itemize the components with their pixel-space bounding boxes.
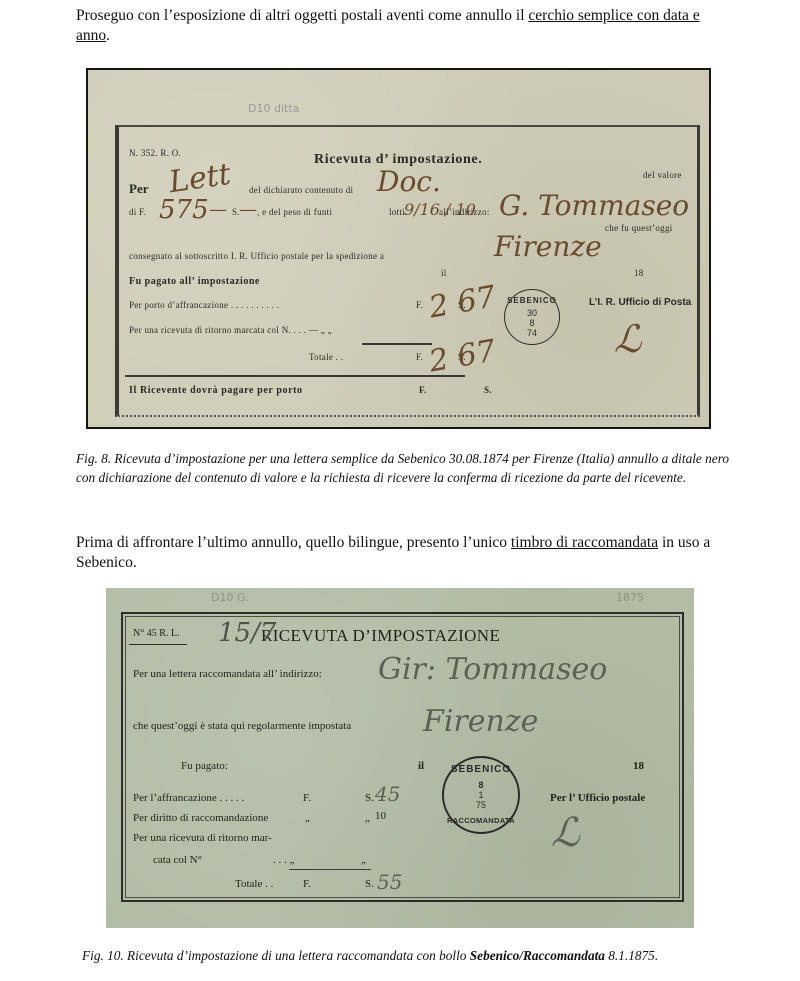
postmark-month: 1 bbox=[444, 790, 518, 800]
bridge-underlined-term: timbro di raccomandata bbox=[511, 534, 658, 551]
sum-line bbox=[362, 343, 432, 345]
label-il: il bbox=[418, 760, 424, 772]
figure-8-receipt-image: D10 ditta N. 352. R. O. Ricevuta d’ impo… bbox=[86, 68, 711, 429]
label-ricevente-f: F. bbox=[419, 385, 427, 395]
postmark-year: 75 bbox=[444, 800, 518, 810]
handwritten-city: Firenze bbox=[423, 704, 538, 739]
label-dichiarato: del dichiarato contenuto di bbox=[249, 185, 353, 195]
label-per: Per bbox=[129, 181, 148, 197]
handwritten-signature: ℒ bbox=[614, 317, 641, 361]
label-di-f: di F. bbox=[129, 207, 146, 217]
label-affr-f: F. bbox=[303, 792, 311, 804]
intro-paragraph: Proseguo con l’esposizione di altri ogge… bbox=[76, 6, 736, 46]
postmark-month: 8 bbox=[505, 318, 559, 328]
label-ricevente-s: S. bbox=[484, 385, 492, 395]
label-lotti: lotti bbox=[389, 207, 405, 217]
label-ricevuta-q3: „ bbox=[361, 854, 366, 866]
label-diritto: Per diritto di raccomandazione bbox=[133, 812, 268, 824]
label-18: 18 bbox=[633, 760, 644, 772]
label-ricevuta-dots: . . . „ bbox=[273, 854, 294, 866]
label-ricevente: Il Ricevente dovrà pagare per porto bbox=[129, 385, 303, 396]
handwritten-dash-2: — bbox=[239, 199, 257, 220]
figure-10-receipt-image: D10 G. 1875 N° 45 R. L. RICEVUTA D’IMPOS… bbox=[106, 588, 694, 928]
postmark-year: 74 bbox=[505, 328, 559, 338]
label-il: il bbox=[441, 268, 447, 278]
label-porto-f: F. bbox=[416, 300, 423, 310]
label-fu-pagato: Fu pagato: bbox=[181, 760, 228, 772]
bridge-text: Prima di affrontare l’ultimo annullo, qu… bbox=[76, 534, 511, 551]
label-lettera: Per una lettera raccomandata all’ indiri… bbox=[133, 668, 322, 680]
postmark-town: SEBENICO bbox=[505, 296, 559, 305]
pencil-note-left: D10 G. bbox=[211, 591, 249, 604]
label-ufficio-postale: Per l’ Ufficio postale bbox=[550, 792, 645, 804]
label-affrancazione: Per l’affrancazione . . . . . bbox=[133, 792, 244, 804]
label-che-fu: che fu quest’oggi bbox=[605, 223, 673, 233]
postmark-bottom-text: RACCOMANDATA bbox=[444, 816, 518, 825]
handwritten-number: 15/7 bbox=[218, 618, 276, 648]
label-peso: , e del peso di funti bbox=[257, 207, 332, 217]
caption-bold-postmark: Sebenico/Raccomandata bbox=[470, 948, 605, 963]
form-number-underline bbox=[129, 644, 187, 645]
label-ufficio-posta: L’I. R. Ufficio di Posta bbox=[589, 297, 691, 308]
label-affr-s: S. bbox=[365, 792, 374, 804]
sum-line bbox=[289, 869, 371, 870]
postmark-day: 8 bbox=[444, 780, 518, 790]
divider-line bbox=[125, 375, 465, 377]
label-ricevuta-ritorno: Per una ricevuta di ritorno marcata col … bbox=[129, 325, 332, 335]
handwritten-575: 575 bbox=[159, 195, 209, 225]
label-quest-oggi: che quest’oggi è stata qui regolarmente … bbox=[133, 720, 351, 732]
form-number: N° 45 R. L. bbox=[133, 628, 180, 639]
label-totale-f: F. bbox=[303, 878, 311, 890]
figure-8-caption: Fig. 8. Ricevuta d’impostazione per una … bbox=[76, 449, 736, 487]
handwritten-affrancazione-value: 45 bbox=[375, 782, 400, 806]
pencil-note-right: 1875 bbox=[616, 591, 644, 604]
receipt-form-frame: N° 45 R. L. RICEVUTA D’IMPOSTAZIONE Per … bbox=[121, 612, 684, 902]
handwritten-dash-1: — bbox=[209, 199, 227, 220]
receipt-title: RICEVUTA D’IMPOSTAZIONE bbox=[261, 626, 500, 646]
sebenico-postmark: SEBENICO 30 8 74 bbox=[504, 289, 560, 345]
label-porto: Per porto d’affrancazione . . . . . . . … bbox=[129, 300, 279, 310]
label-valore: del valore bbox=[643, 170, 682, 180]
sebenico-raccomandata-postmark: SEBENICO 8 1 75 RACCOMANDATA bbox=[442, 756, 520, 834]
handwritten-porto-value: 2 67 bbox=[426, 279, 498, 325]
label-totale: Totale . . bbox=[235, 878, 273, 890]
postmark-top-text: SEBENICO bbox=[444, 764, 518, 775]
intro-end: . bbox=[106, 27, 110, 44]
handwritten-city: Firenze bbox=[494, 230, 602, 263]
handwritten-totale-value: 55 bbox=[377, 870, 402, 894]
caption-prefix: Fig. 10. Ricevuta d’impostazione di una … bbox=[82, 948, 470, 963]
label-diritto-10: 10 bbox=[375, 810, 386, 822]
handwritten-signature: ℒ bbox=[551, 810, 580, 856]
pencil-note: D10 ditta bbox=[248, 102, 299, 115]
postmark-day: 30 bbox=[505, 308, 559, 318]
handwritten-lotti-value: 9/16 / 10 bbox=[404, 200, 476, 219]
caption-suffix: 8.1.1875. bbox=[605, 948, 658, 963]
receipt-form-frame: N. 352. R. O. Ricevuta d’ impostazione. … bbox=[115, 125, 700, 417]
handwritten-addressee: Gir: Tommaseo bbox=[378, 652, 607, 687]
label-consegnato: consegnato al sottoscritto I. R. Ufficio… bbox=[129, 251, 384, 261]
form-number: N. 352. R. O. bbox=[129, 148, 181, 158]
figure-10-caption: Fig. 10. Ricevuta d’impostazione di una … bbox=[82, 946, 762, 965]
label-totale: Totale . . bbox=[309, 352, 343, 362]
label-18: 18 bbox=[634, 268, 644, 278]
label-totale-s: S. bbox=[365, 878, 374, 890]
label-ricevuta-1: Per una ricevuta di ritorno mar- bbox=[133, 832, 272, 844]
label-diritto-q1: „ bbox=[305, 812, 310, 824]
handwritten-contenuto: Doc. bbox=[377, 165, 441, 198]
bridge-paragraph: Prima di affrontare l’ultimo annullo, qu… bbox=[76, 533, 736, 573]
handwritten-addressee: G. Tommaseo bbox=[499, 189, 689, 222]
intro-text: Proseguo con l’esposizione di altri ogge… bbox=[76, 7, 528, 24]
label-ricevuta-2: cata col N° bbox=[153, 854, 202, 866]
handwritten-lett: Lett bbox=[167, 157, 233, 200]
handwritten-totale-value: 2 67 bbox=[426, 333, 498, 379]
label-diritto-q2: „ bbox=[365, 812, 370, 824]
label-fu-pagato: Fu pagato all’ impostazione bbox=[129, 276, 260, 287]
label-totale-f: F. bbox=[416, 352, 423, 362]
